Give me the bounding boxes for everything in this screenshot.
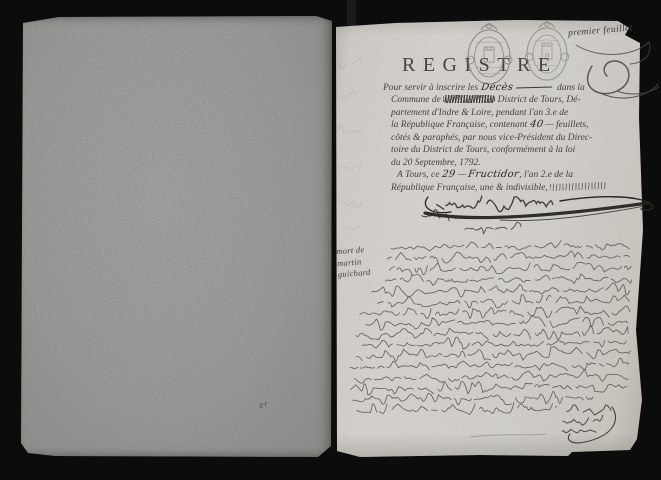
- page-title-registre: REGISTRE: [402, 54, 558, 77]
- printed-text: — feuillets,: [543, 120, 589, 130]
- printed-text: District de Tours, Dé-: [495, 95, 580, 105]
- binding-edge: [347, 0, 356, 26]
- register-cover-page: er: [21, 16, 332, 457]
- form-line: partement d'Indre & Loire, pendant l'an …: [383, 107, 635, 119]
- printed-text: République Française, une & indivisible,: [391, 183, 550, 193]
- printed-text: Pour servir à inscrire les: [383, 83, 481, 93]
- margin-note-line: guichard: [337, 267, 371, 281]
- form-line: la République Française, contenant 40 — …: [383, 119, 635, 131]
- form-line: toire du District de Tours, conformément…: [383, 144, 635, 156]
- form-line: côtés & paraphés, par nous vice-Présiden…: [383, 132, 635, 144]
- form-line: A Tours, ce 29 — Fructidor, l'an 2.e de …: [383, 169, 635, 181]
- form-line: République Française, une & indivisible,: [383, 182, 635, 194]
- form-line: du 20 Septembre, 1792.: [383, 157, 635, 169]
- printed-text: côtés & paraphés, par nous vice-Présiden…: [391, 133, 592, 143]
- handwritten-fill: 40: [529, 119, 544, 131]
- printed-text: A Tours, ce: [397, 170, 442, 180]
- handwritten-scrawl: [550, 182, 606, 191]
- printed-text: toire du District de Tours, conformément…: [391, 145, 575, 155]
- form-line: Commune de District de Tours, Dé-: [383, 94, 635, 106]
- form-line: Pour servir à inscrire les Décès dans la: [383, 82, 635, 94]
- printed-text: du 20 Septembre, 1792.: [391, 158, 481, 168]
- handwritten-fill: 29: [441, 169, 456, 181]
- act-margin-note: mort de martin guichard: [336, 244, 371, 281]
- printed-text: , l'an 2.e de la: [519, 170, 573, 180]
- printed-text: dans la: [555, 83, 585, 93]
- printed-text: partement d'Indre & Loire, pendant l'an …: [391, 108, 568, 118]
- margin-note-line: mort de: [336, 244, 370, 258]
- printed-form: Pour servir à inscrire les Décès dans la…: [383, 82, 635, 194]
- struck-out-word: [443, 95, 495, 103]
- printed-text: Commune de: [391, 95, 443, 105]
- handwritten-fill: Décès: [480, 82, 514, 94]
- cover-texture: [21, 16, 332, 457]
- printed-text: la République Française, contenant: [391, 120, 530, 130]
- blank-dash: [516, 85, 552, 89]
- handwritten-fill: Fructidor: [468, 169, 521, 181]
- archive-scan-background: er premier feuillet REGISTRE Pour servir…: [0, 0, 661, 480]
